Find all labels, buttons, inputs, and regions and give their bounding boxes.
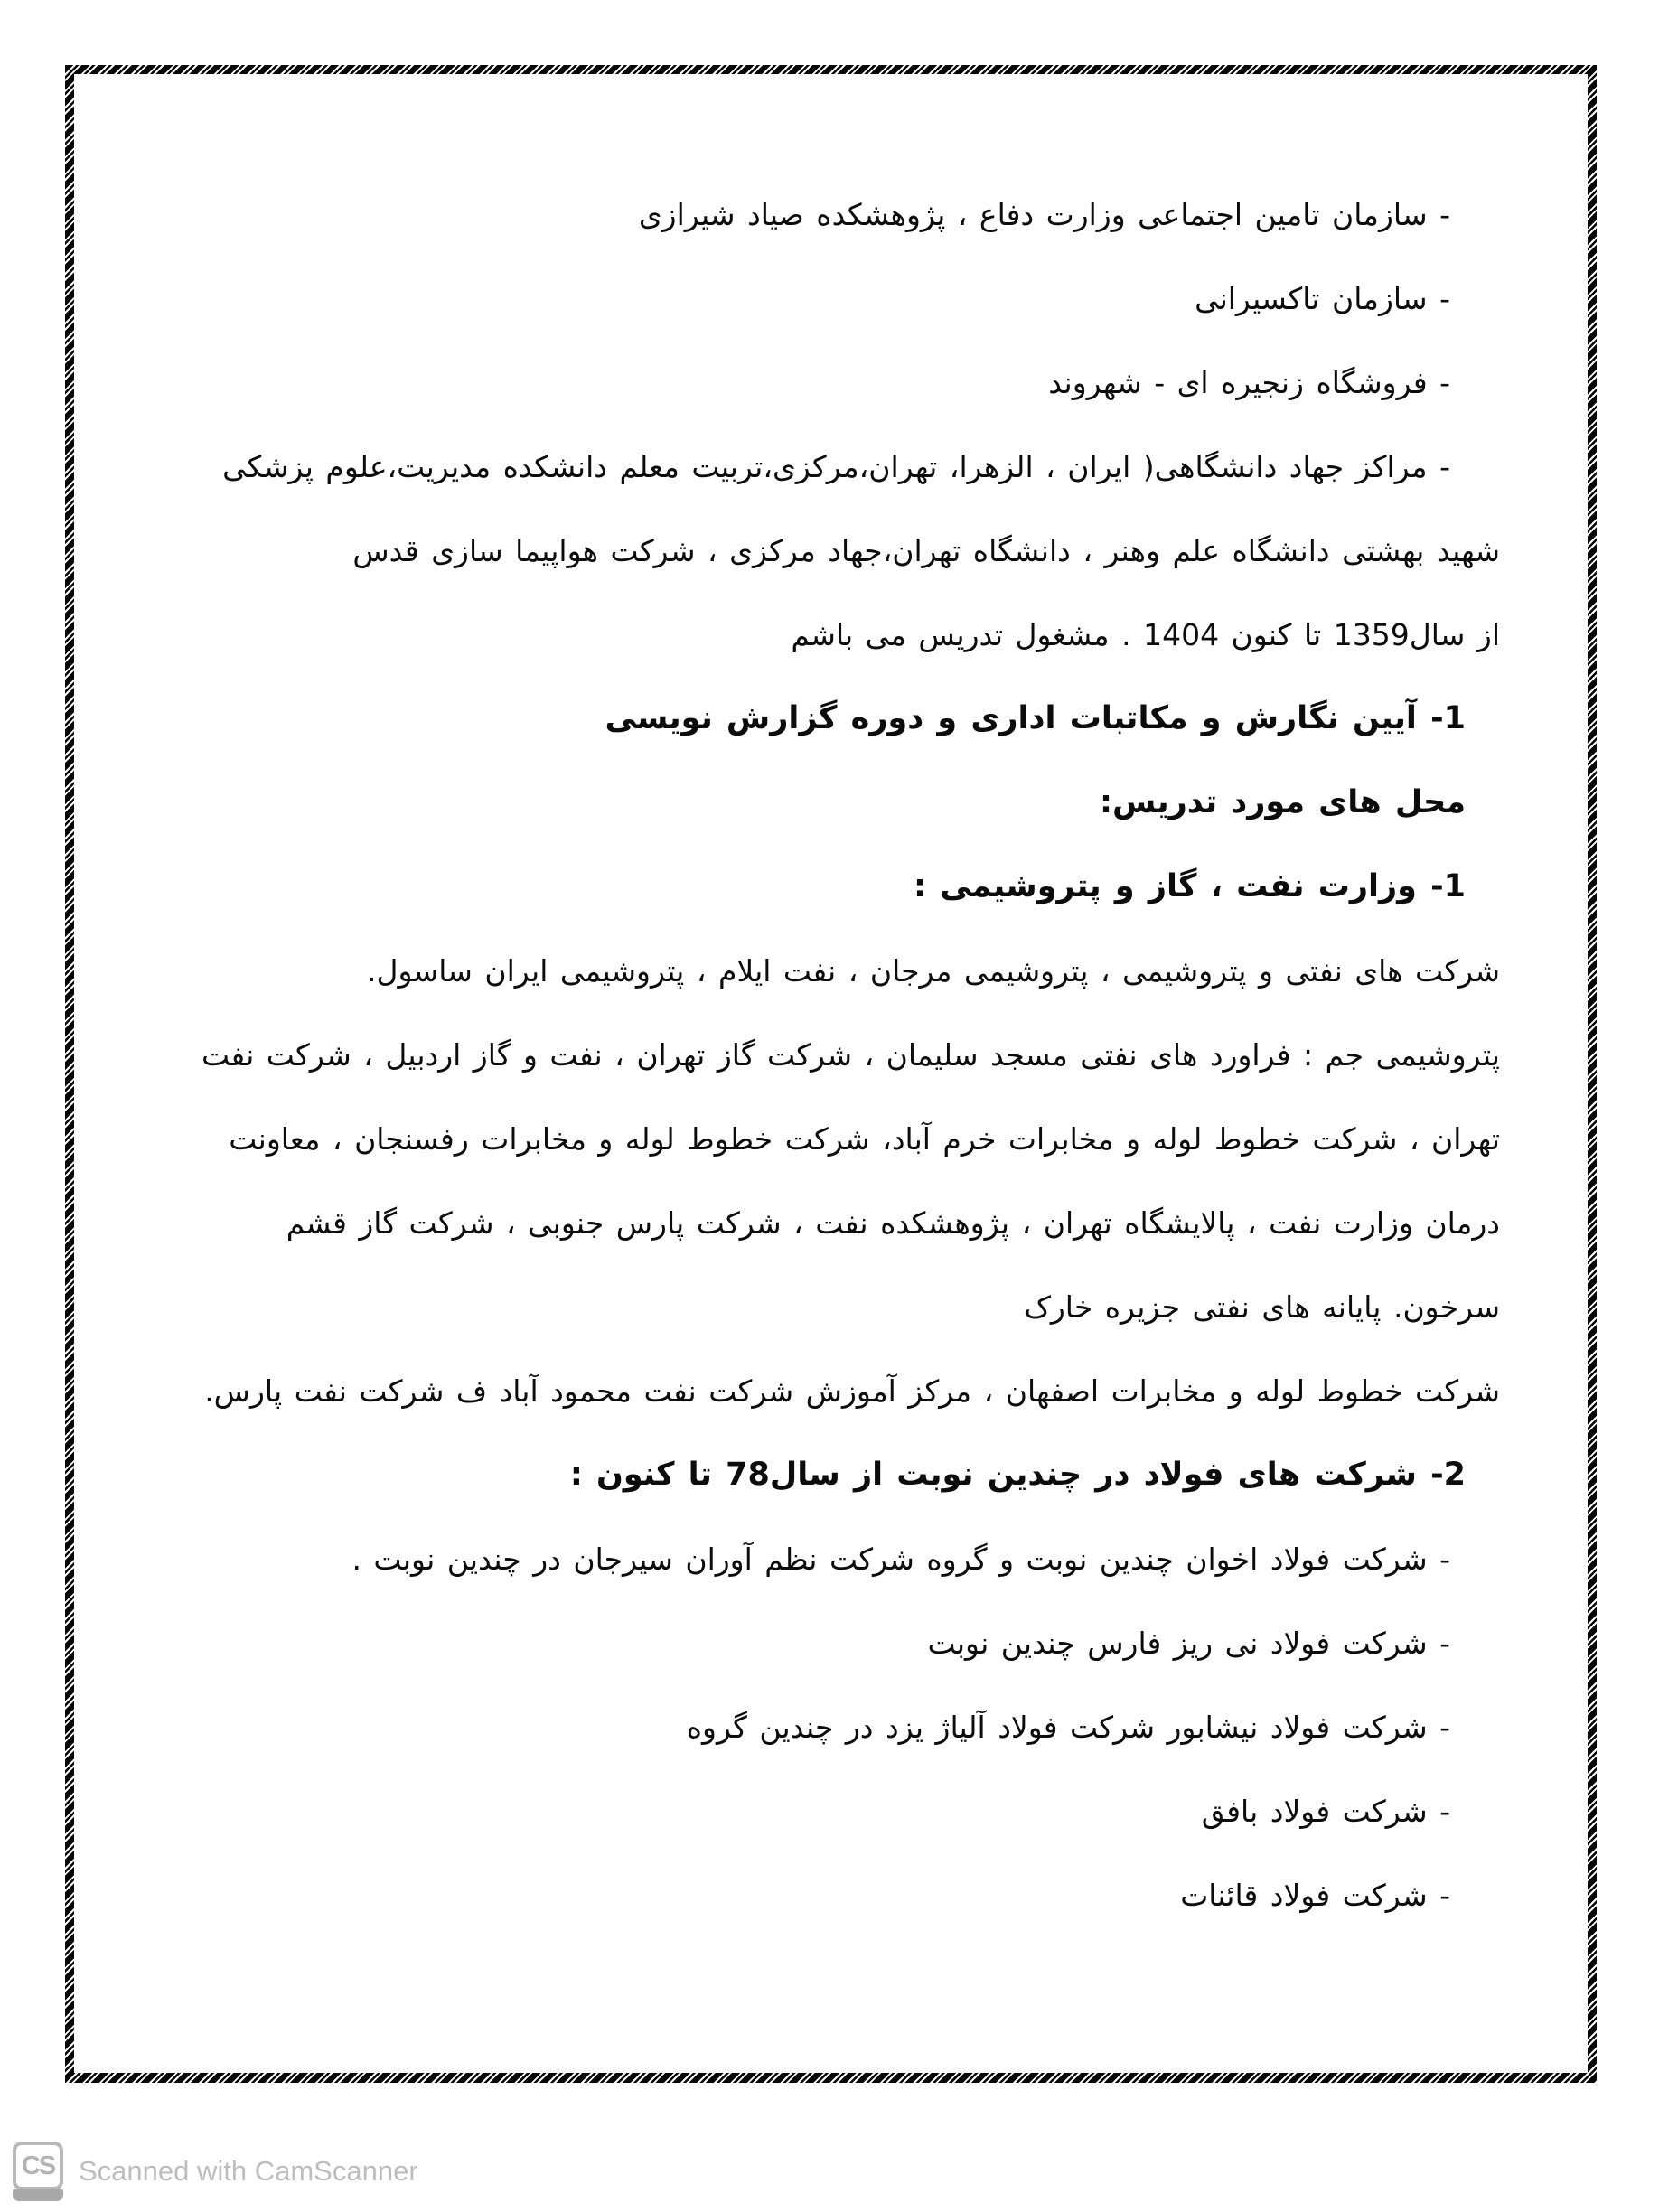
text-line: تهران ، شرکت خطوط لوله و مخابرات خرم آبا… — [155, 1097, 1500, 1181]
text-line: سرخون. پایانه های نفتی جزیره خارک — [155, 1265, 1500, 1349]
watermark-label: Scanned with CamScanner — [79, 2155, 418, 2188]
text-line: - شرکت فولاد قائنات — [155, 1853, 1500, 1937]
camscanner-logo-icon: CS — [13, 2142, 63, 2201]
cs-logo-tray — [13, 2189, 63, 2201]
text-line: - شرکت فولاد نیشابور شرکت فولاد آلیاژ یز… — [155, 1685, 1500, 1769]
text-line: - سازمان تامین اجتماعی وزارت دفاع ، پژوه… — [155, 173, 1500, 257]
text-line: 2- شرکت های فولاد در چندین نوبت از سال78… — [155, 1433, 1500, 1517]
text-line: 1- وزارت نفت ، گاز و پتروشیمی : — [155, 845, 1500, 929]
cs-logo-text: CS — [22, 2151, 54, 2181]
document-content: - سازمان تامین اجتماعی وزارت دفاع ، پژوه… — [74, 74, 1588, 2073]
text-line: - مراکز جهاد دانشگاهی( ایران ، الزهرا، ت… — [155, 425, 1500, 509]
text-line: محل های مورد تدریس: — [155, 761, 1500, 845]
page-inner-area: - سازمان تامین اجتماعی وزارت دفاع ، پژوه… — [74, 74, 1588, 2073]
text-line: شهید بهشتی دانشگاه علم وهنر ، دانشگاه ته… — [155, 509, 1500, 593]
text-line: - فروشگاه زنجیره ای - شهروند — [155, 341, 1500, 425]
text-line: پتروشیمی جم : فراورد های نفتی مسجد سلیما… — [155, 1013, 1500, 1097]
text-line: شرکت خطوط لوله و مخابرات اصفهان ، مرکز آ… — [155, 1349, 1500, 1433]
text-line: شرکت های نفتی و پتروشیمی ، پتروشیمی مرجا… — [155, 929, 1500, 1013]
decorative-border-frame: - سازمان تامین اجتماعی وزارت دفاع ، پژوه… — [65, 65, 1597, 2083]
text-line: - شرکت فولاد اخوان چندین نوبت و گروه شرک… — [155, 1517, 1500, 1601]
camscanner-watermark: CS Scanned with CamScanner — [13, 2142, 418, 2201]
text-line: - شرکت فولاد بافق — [155, 1769, 1500, 1853]
text-line: از سال1359 تا کنون 1404 . مشغول تدریس می… — [155, 593, 1500, 677]
text-line: - سازمان تاکسیرانی — [155, 257, 1500, 341]
text-line: - شرکت فولاد نی ریز فارس چندین نوبت — [155, 1601, 1500, 1685]
text-line: 1- آیین نگارش و مکاتبات اداری و دوره گزا… — [155, 677, 1500, 761]
cs-logo-box: CS — [13, 2142, 63, 2190]
text-line: درمان وزارت نفت ، پالایشگاه تهران ، پژوه… — [155, 1181, 1500, 1265]
